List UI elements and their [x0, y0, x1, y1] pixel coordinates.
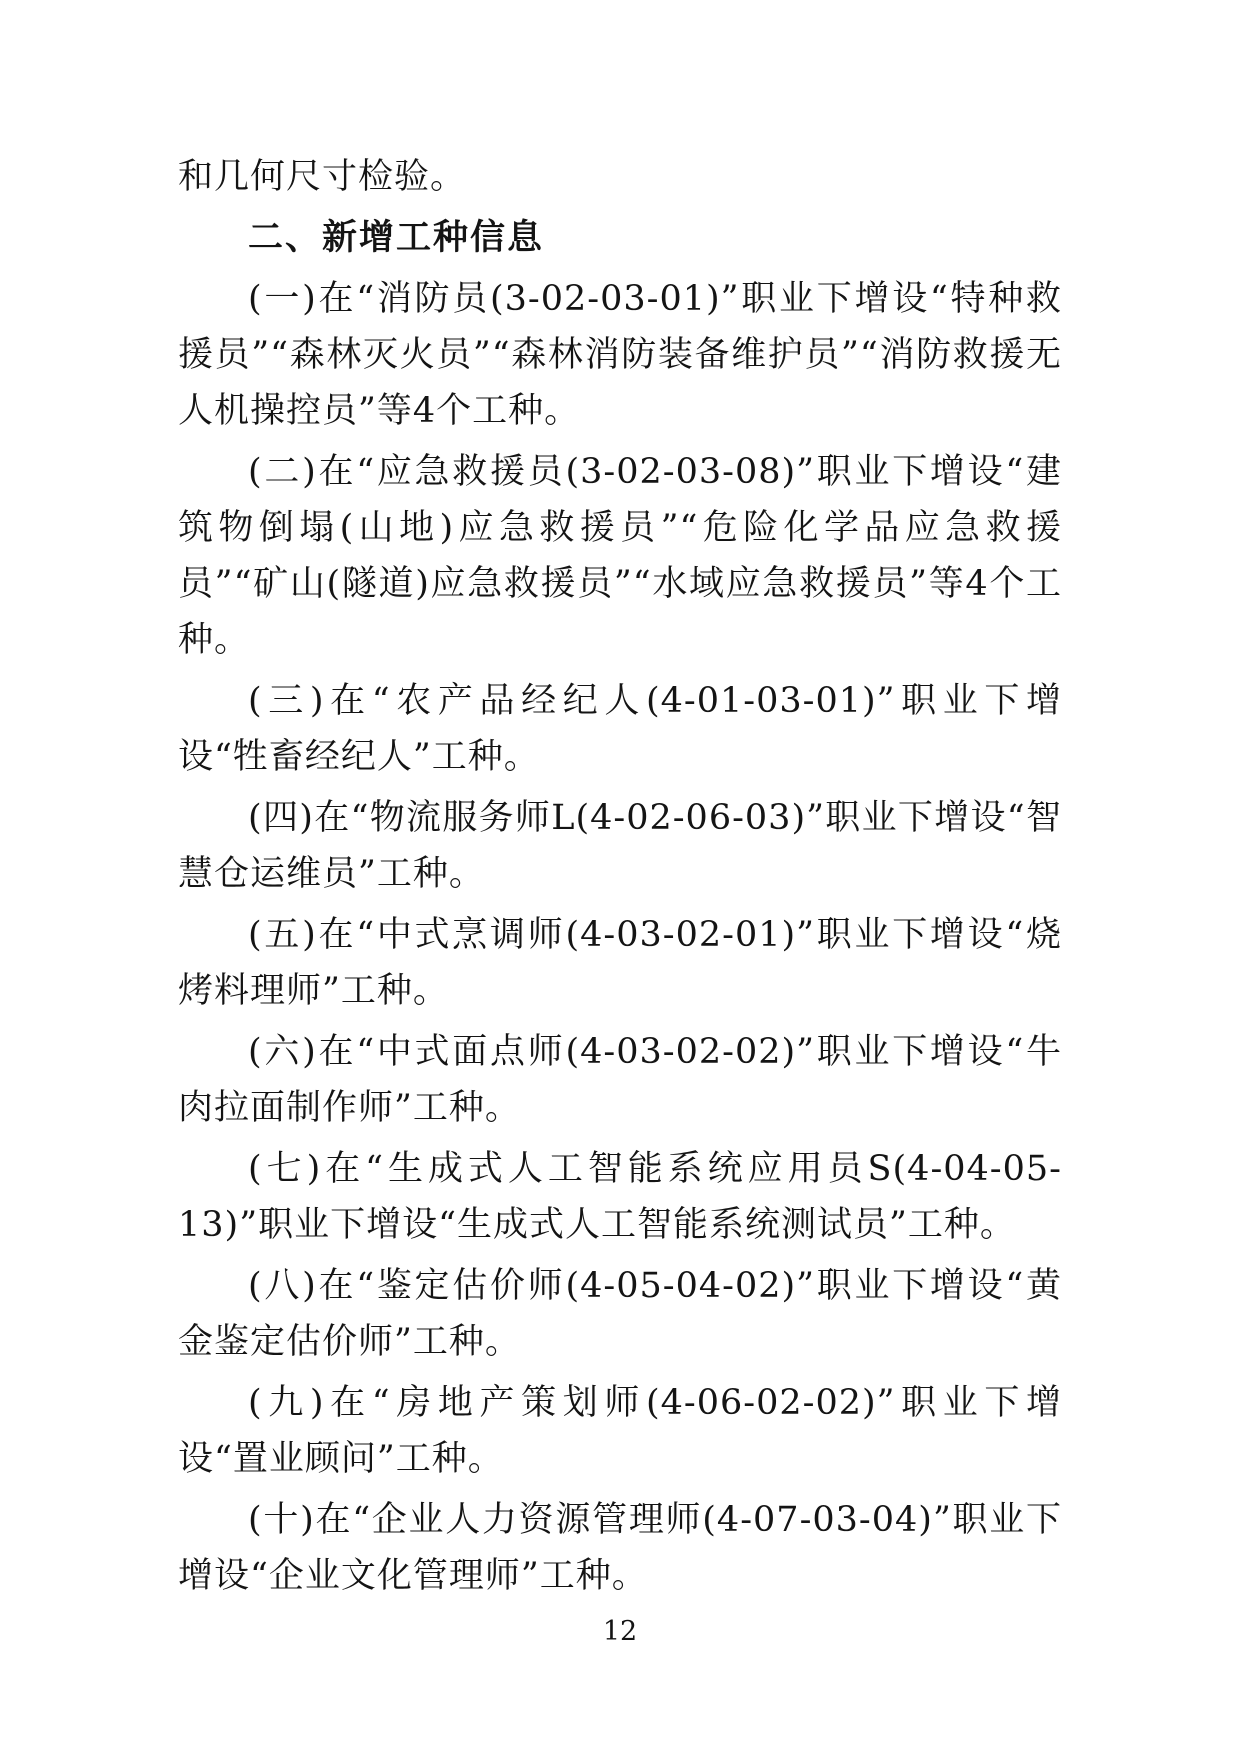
list-item-1: (一)在“消防员(3-02-03-01)”职业下增设“特种救援员”“森林灭火员”…: [178, 271, 1062, 439]
paragraph-continuation: 和几何尺寸检验。: [178, 149, 1062, 205]
section-heading: 二、新增工种信息: [178, 210, 1062, 266]
document-body: 和几何尺寸检验。 二、新增工种信息 (一)在“消防员(3-02-03-01)”职…: [178, 149, 1062, 1609]
list-item-7: (七)在“生成式人工智能系统应用员S(4-04-05-13)”职业下增设“生成式…: [178, 1141, 1062, 1253]
list-item-10: (十)在“企业人力资源管理师(4-07-03-04)”职业下增设“企业文化管理师…: [178, 1492, 1062, 1604]
list-item-5: (五)在“中式烹调师(4-03-02-01)”职业下增设“烧烤料理师”工种。: [178, 907, 1062, 1019]
list-item-3: (三)在“农产品经纪人(4-01-03-01)”职业下增设“牲畜经纪人”工种。: [178, 673, 1062, 785]
list-item-8: (八)在“鉴定估价师(4-05-04-02)”职业下增设“黄金鉴定估价师”工种。: [178, 1258, 1062, 1370]
page-number: 12: [0, 1617, 1240, 1647]
document-page: 和几何尺寸检验。 二、新增工种信息 (一)在“消防员(3-02-03-01)”职…: [0, 0, 1240, 1753]
list-item-6: (六)在“中式面点师(4-03-02-02)”职业下增设“牛肉拉面制作师”工种。: [178, 1024, 1062, 1136]
list-item-4: (四)在“物流服务师L(4-02-06-03)”职业下增设“智慧仓运维员”工种。: [178, 790, 1062, 902]
list-item-9: (九)在“房地产策划师(4-06-02-02)”职业下增设“置业顾问”工种。: [178, 1375, 1062, 1487]
list-item-2: (二)在“应急救援员(3-02-03-08)”职业下增设“建筑物倒塌(山地)应急…: [178, 444, 1062, 668]
